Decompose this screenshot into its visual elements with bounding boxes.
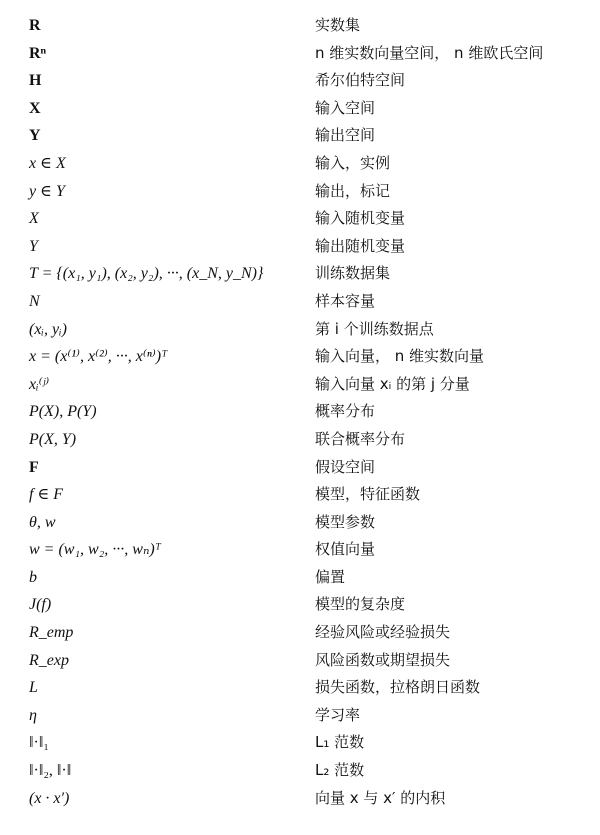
symbol: Rⁿ	[29, 40, 46, 68]
symbol: T = {(x₁, y₁), (x₂, y₂), ···, (x_N, y_N)…	[29, 260, 263, 288]
notation-row: xᵢ⁽ʲ⁾输入向量 xᵢ 的第 j 分量	[0, 371, 600, 399]
notation-row: R实数集	[0, 12, 600, 40]
symbol: w = (w₁, w₂, ···, wₙ)ᵀ	[29, 536, 161, 564]
symbol: X	[29, 205, 39, 233]
symbol: N	[29, 288, 40, 316]
notation-row: Rⁿn 维实数向量空间， n 维欧氏空间	[0, 40, 600, 68]
symbol: J(f)	[29, 591, 51, 619]
description: 输入向量 xᵢ 的第 j 分量	[315, 371, 470, 399]
description: 经验风险或经验损失	[315, 619, 450, 647]
notation-row: θ, w模型参数	[0, 509, 600, 537]
notation-row: R_exp风险函数或期望损失	[0, 647, 600, 675]
description: 风险函数或期望损失	[315, 647, 450, 675]
description: 学习率	[315, 702, 360, 730]
symbol: f ∈ F	[29, 481, 63, 509]
description: 训练数据集	[315, 260, 390, 288]
symbol: x ∈ X	[29, 150, 66, 178]
notation-row: L损失函数，拉格朗日函数	[0, 674, 600, 702]
notation-row: Y输出空间	[0, 122, 600, 150]
description: 输出空间	[315, 122, 375, 150]
symbol: F	[29, 454, 39, 482]
symbol: P(X, Y)	[29, 426, 76, 454]
description: 输入随机变量	[315, 205, 405, 233]
notation-row: b偏置	[0, 564, 600, 592]
description: 输入空间	[315, 95, 375, 123]
description: L₂ 范数	[315, 757, 364, 785]
symbol: P(X), P(Y)	[29, 398, 97, 426]
symbol: (xᵢ, yᵢ)	[29, 316, 67, 344]
notation-row: w = (w₁, w₂, ···, wₙ)ᵀ权值向量	[0, 536, 600, 564]
symbol: y ∈ Y	[29, 178, 65, 206]
symbol: ‖·‖₁	[29, 729, 49, 757]
notation-row: x ∈ X输入，实例	[0, 150, 600, 178]
symbol: Y	[29, 122, 41, 150]
description: 输入向量， n 维实数向量	[315, 343, 484, 371]
symbol: X	[29, 95, 41, 123]
notation-table: R实数集 Rⁿn 维实数向量空间， n 维欧氏空间 H希尔伯特空间 X输入空间 …	[0, 12, 600, 812]
description: 权值向量	[315, 536, 375, 564]
description: 假设空间	[315, 454, 375, 482]
symbol: R_emp	[29, 619, 73, 647]
notation-row: P(X), P(Y)概率分布	[0, 398, 600, 426]
description: 第 i 个训练数据点	[315, 316, 434, 344]
notation-row: X输入随机变量	[0, 205, 600, 233]
description: 联合概率分布	[315, 426, 405, 454]
notation-row: X输入空间	[0, 95, 600, 123]
notation-row: η学习率	[0, 702, 600, 730]
notation-row: J(f)模型的复杂度	[0, 591, 600, 619]
symbol: Y	[29, 233, 38, 261]
symbol: (x · x′)	[29, 785, 69, 813]
symbol: θ, w	[29, 509, 56, 537]
description: 向量 x 与 x′ 的内积	[315, 785, 445, 813]
symbol: xᵢ⁽ʲ⁾	[29, 371, 49, 399]
description: n 维实数向量空间， n 维欧氏空间	[315, 40, 543, 68]
notation-row: ‖·‖₁L₁ 范数	[0, 729, 600, 757]
description: L₁ 范数	[315, 729, 364, 757]
description: 模型的复杂度	[315, 591, 405, 619]
notation-row: x = (x⁽¹⁾, x⁽²⁾, ···, x⁽ⁿ⁾)ᵀ输入向量， n 维实数向…	[0, 343, 600, 371]
notation-row: f ∈ F模型，特征函数	[0, 481, 600, 509]
description: 输出随机变量	[315, 233, 405, 261]
notation-row: (x · x′)向量 x 与 x′ 的内积	[0, 785, 600, 813]
notation-row: N样本容量	[0, 288, 600, 316]
notation-row: ‖·‖₂, ‖·‖L₂ 范数	[0, 757, 600, 785]
notation-row: (xᵢ, yᵢ)第 i 个训练数据点	[0, 316, 600, 344]
notation-row: T = {(x₁, y₁), (x₂, y₂), ···, (x_N, y_N)…	[0, 260, 600, 288]
symbol: H	[29, 67, 41, 95]
description: 希尔伯特空间	[315, 67, 405, 95]
description: 概率分布	[315, 398, 375, 426]
description: 损失函数，拉格朗日函数	[315, 674, 480, 702]
description: 输入，实例	[315, 150, 390, 178]
notation-row: Y输出随机变量	[0, 233, 600, 261]
symbol: b	[29, 564, 37, 592]
description: 模型参数	[315, 509, 375, 537]
symbol: x = (x⁽¹⁾, x⁽²⁾, ···, x⁽ⁿ⁾)ᵀ	[29, 343, 167, 371]
notation-row: P(X, Y)联合概率分布	[0, 426, 600, 454]
description: 样本容量	[315, 288, 375, 316]
description: 输出，标记	[315, 178, 390, 206]
symbol: η	[29, 702, 37, 730]
description: 模型，特征函数	[315, 481, 420, 509]
symbol: R	[29, 12, 41, 40]
description: 偏置	[315, 564, 345, 592]
symbol: L	[29, 674, 38, 702]
symbol: ‖·‖₂, ‖·‖	[29, 757, 71, 785]
symbol: R_exp	[29, 647, 69, 675]
notation-row: R_emp经验风险或经验损失	[0, 619, 600, 647]
notation-row: F假设空间	[0, 454, 600, 482]
notation-row: y ∈ Y输出，标记	[0, 178, 600, 206]
notation-row: H希尔伯特空间	[0, 67, 600, 95]
description: 实数集	[315, 12, 360, 40]
